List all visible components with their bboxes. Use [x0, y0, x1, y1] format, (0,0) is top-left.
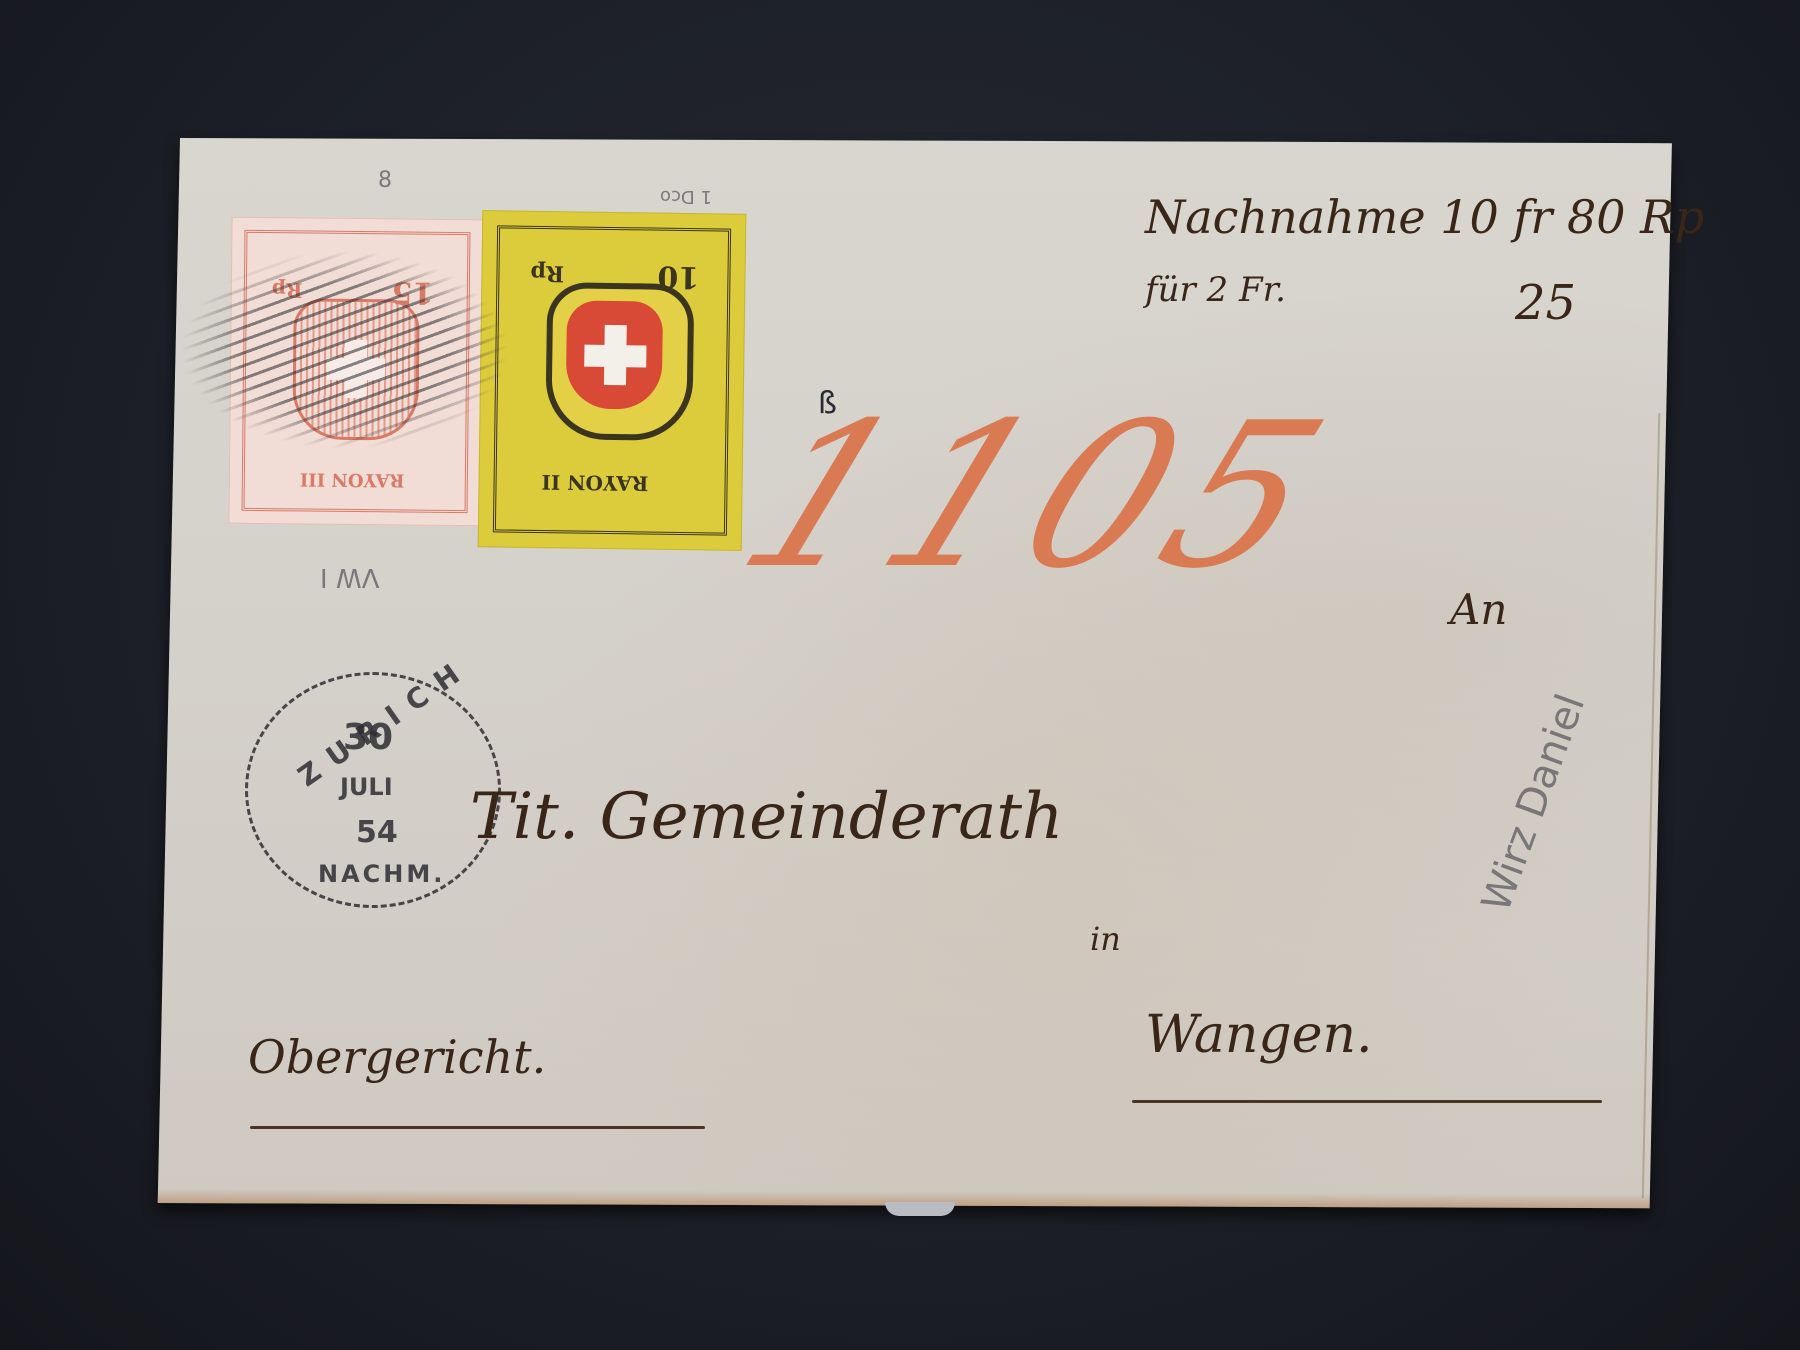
cod-amount-text: Nachnahme 10 fr 80 Rp	[1145, 190, 1704, 244]
address-an-text: An	[1450, 585, 1507, 634]
paper-tab	[885, 1202, 955, 1216]
destination-underline	[1132, 1100, 1602, 1103]
grid-cancellation	[180, 250, 510, 450]
shield-frame	[545, 282, 694, 441]
pencil-mark-8: 8	[378, 168, 392, 193]
stamp-inscription: RAYON III	[300, 468, 405, 490]
destination-text: Wangen.	[1145, 1005, 1373, 1065]
stamp-value: 10	[657, 259, 699, 295]
postmark-month: JULI	[340, 773, 393, 801]
zurich-postmark: ZURICH 30 JULI 54 NACHM.	[245, 672, 501, 908]
pencil-mark-dco: 1 Dco	[660, 186, 712, 207]
fold-edge	[1642, 413, 1660, 1198]
postmark-day: 30	[343, 717, 393, 758]
recipient-text: Tit. Gemeinderath	[470, 780, 1063, 854]
fee-amount-text: 25	[1515, 275, 1576, 331]
pencil-mark-vw: VW I	[320, 562, 379, 592]
preposition-text: in	[1090, 920, 1121, 958]
pencil-mark-near-stamp: ß	[818, 386, 837, 421]
postmark-bottom-text: NACHM.	[318, 860, 445, 888]
postmark-year: 54	[356, 815, 398, 850]
sender-underline	[250, 1126, 705, 1129]
crayon-number-1105: 1105	[713, 380, 1364, 613]
fee-note-text: für 2 Fr.	[1145, 270, 1286, 310]
stamp-rayon-ii: 10 Rp RAYON II	[478, 210, 747, 551]
stamp-currency: Rp	[530, 260, 564, 286]
stamp-inscription: RAYON II	[541, 470, 648, 495]
sender-note-text: Obergericht.	[248, 1030, 546, 1084]
swiss-shield-icon	[566, 300, 663, 409]
